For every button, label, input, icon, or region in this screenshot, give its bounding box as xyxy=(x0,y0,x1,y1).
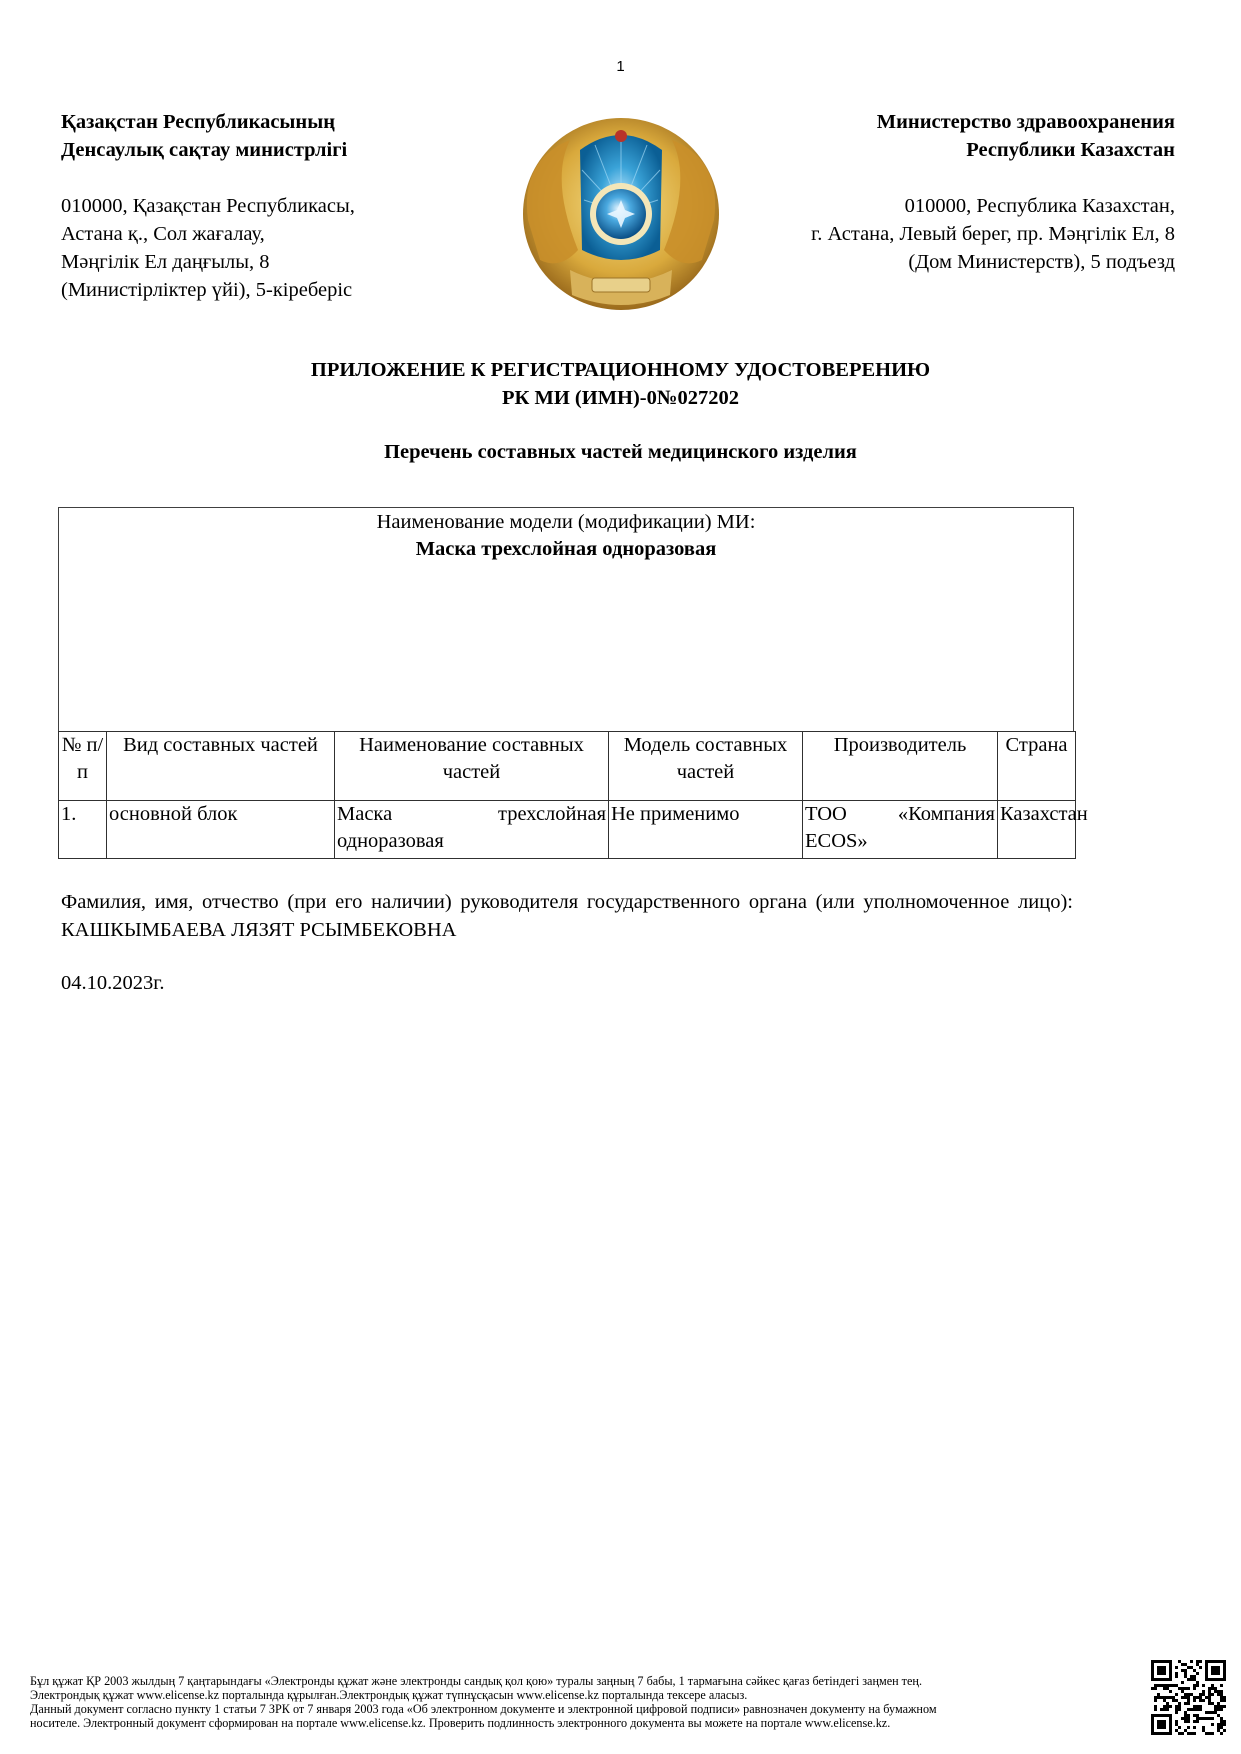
address-russian: 010000, Республика Казахстан, г. Астана,… xyxy=(695,192,1175,276)
column-header-component-model: Модель составных частей xyxy=(609,732,803,801)
model-name-box: Наименование модели (модификации) МИ: Ма… xyxy=(58,507,1074,732)
footer-line: носителе. Электронный документ сформиров… xyxy=(30,1716,1140,1730)
cell-component-model: Не применимо xyxy=(609,801,803,859)
table-row: 1. основной блок Маска трехслойная однор… xyxy=(59,801,1076,859)
cell-component-name: Маска трехслойная одноразовая xyxy=(335,801,609,859)
ministry-name-kazakh: Қазақстан Республикасының Денсаулық сақт… xyxy=(61,108,491,164)
title-line-1: ПРИЛОЖЕНИЕ К РЕГИСТРАЦИОННОМУ УДОСТОВЕРЕ… xyxy=(0,356,1241,384)
column-header-component-type: Вид составных частей xyxy=(107,732,335,801)
issue-date: 04.10.2023г. xyxy=(61,972,164,995)
document-subtitle: Перечень составных частей медицинского и… xyxy=(0,441,1241,464)
table-header-row: № п/п Вид составных частей Наименование … xyxy=(59,732,1076,801)
cell-country: Казахстан xyxy=(998,801,1076,859)
header-left-kazakh: Қазақстан Республикасының Денсаулық сақт… xyxy=(61,108,491,304)
document-title: ПРИЛОЖЕНИЕ К РЕГИСТРАЦИОННОМУ УДОСТОВЕРЕ… xyxy=(0,356,1241,412)
ministry-name-russian: Министерство здравоохранения Республики … xyxy=(695,108,1175,164)
column-header-manufacturer: Производитель xyxy=(803,732,998,801)
qr-code-icon xyxy=(1151,1660,1226,1735)
model-label: Наименование модели (модификации) МИ: xyxy=(59,509,1073,536)
footer-line: Бұл құжат ҚР 2003 жылдың 7 қаңтарындағы … xyxy=(30,1674,1140,1688)
column-header-country: Страна xyxy=(998,732,1076,801)
cell-number: 1. xyxy=(59,801,107,859)
page-number: 1 xyxy=(0,58,1241,75)
legal-footer: Бұл құжат ҚР 2003 жылдың 7 қаңтарындағы … xyxy=(30,1674,1140,1730)
footer-line: Данный документ согласно пункту 1 статьи… xyxy=(30,1702,1140,1716)
cell-manufacturer: ТОО «Компания ECOS» xyxy=(803,801,998,859)
address-kazakh: 010000, Қазақстан Республикасы, Астана қ… xyxy=(61,192,491,304)
column-header-number: № п/п xyxy=(59,732,107,801)
certificate-number: РК МИ (ИМН)-0№027202 xyxy=(0,384,1241,412)
header-right-russian: Министерство здравоохранения Республики … xyxy=(695,108,1175,276)
model-value: Маска трехслойная одноразовая xyxy=(59,536,1073,563)
footer-line: Электрондық құжат www.elicense.kz портал… xyxy=(30,1688,1140,1702)
components-table: № п/п Вид составных частей Наименование … xyxy=(58,731,1076,859)
signatory-statement: Фамилия, имя, отчество (при его наличии)… xyxy=(61,888,1073,944)
column-header-component-name: Наименование составных частей xyxy=(335,732,609,801)
cell-component-type: основной блок xyxy=(107,801,335,859)
